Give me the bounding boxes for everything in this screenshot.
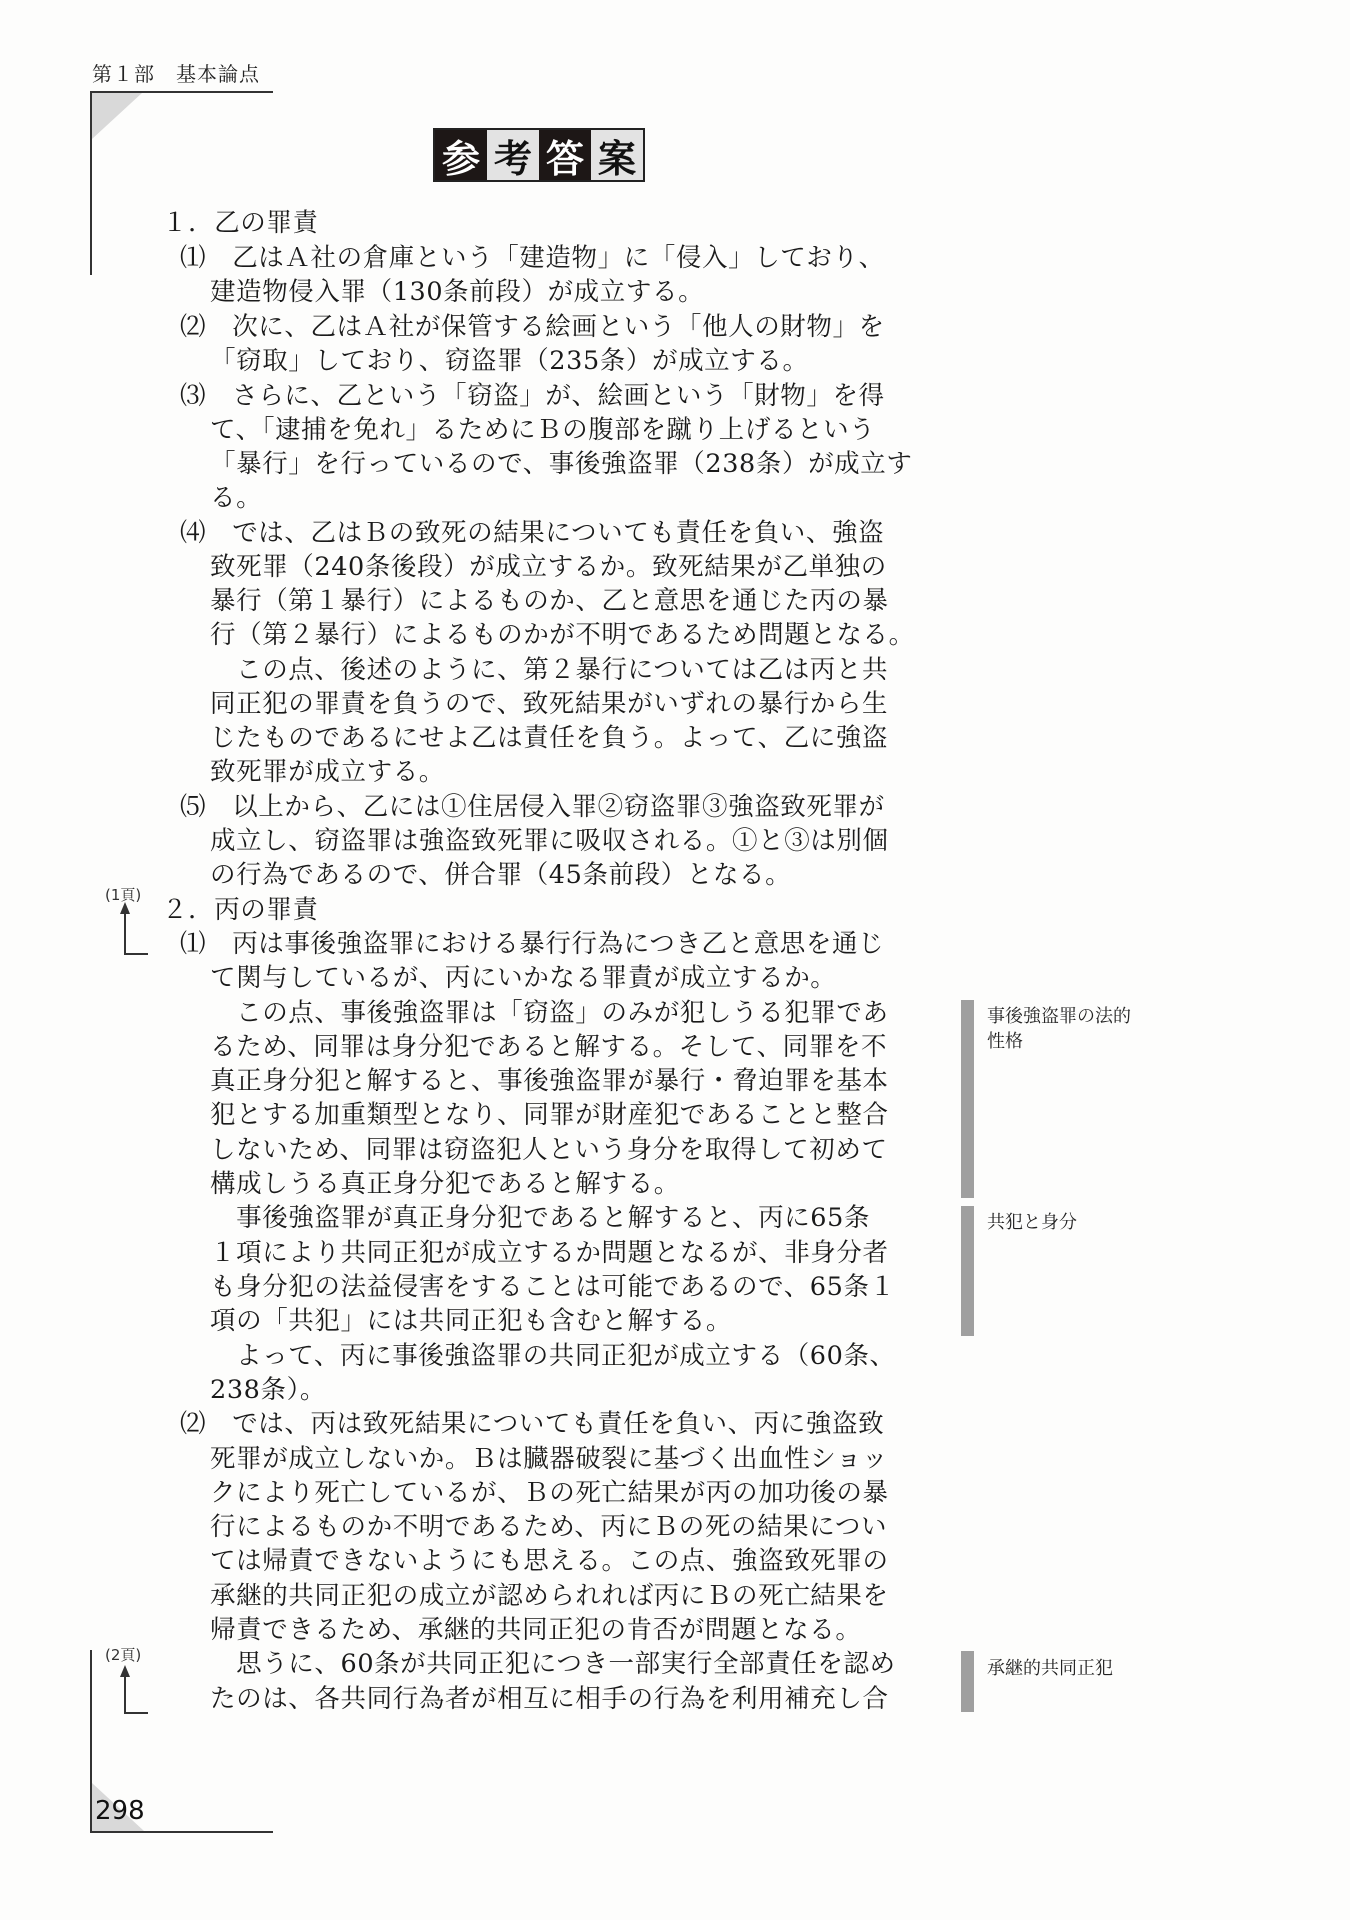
paragraph-line: １項により共同正犯が成立するか問題となるが、非身分者 bbox=[210, 1238, 889, 1268]
paragraph-line: 行によるものか不明であるため、丙にＢの死の結果につい bbox=[210, 1512, 887, 1542]
paragraph-line: 犯とする加重類型となり、同罪が財産犯であることと整合 bbox=[210, 1100, 889, 1130]
paragraph-line: 構成しうる真正身分犯であると解する。 bbox=[210, 1169, 680, 1199]
paragraph-line: の行為であるので、併合罪（45条前段）となる。 bbox=[210, 860, 791, 890]
paragraph-line: 同正犯の罪責を負うので、致死結果がいずれの暴行から生 bbox=[210, 689, 888, 719]
margin-note-3: 承継的共同正犯 bbox=[987, 1656, 1113, 1681]
page-ref-arrow-foot bbox=[124, 1712, 148, 1714]
page-ref-2: (2頁) bbox=[105, 1644, 141, 1665]
margin-note-bar bbox=[961, 1651, 974, 1712]
paragraph-line: も身分犯の法益侵害をすることは可能であるので、65条１ bbox=[210, 1272, 896, 1302]
page-title: 参 考 答 案 bbox=[433, 128, 645, 182]
margin-note-2: 共犯と身分 bbox=[987, 1210, 1077, 1235]
margin-note-line: 事後強盗罪の法的 bbox=[987, 1004, 1131, 1029]
paragraph-line: 成立し、窃盗罪は強盗致死罪に吸収される。①と③は別個 bbox=[210, 826, 889, 856]
paragraph-line: この点、事後強盗罪は「窃盗」のみが犯しうる犯罪であ bbox=[210, 998, 889, 1028]
paragraph-line: 行（第２暴行）によるものかが不明であるため問題となる。 bbox=[210, 620, 915, 650]
paragraph-line: 暴行（第１暴行）によるものか、乙と意思を通じた丙の暴 bbox=[210, 586, 889, 616]
title-char-1: 参 bbox=[435, 130, 487, 180]
page-ref-arrow-foot bbox=[124, 953, 148, 955]
paragraph-line: 思うに、60条が共同正犯につき一部実行全部責任を認め bbox=[210, 1649, 896, 1679]
paragraph-line: て、「逮捕を免れ」るためにＢの腹部を蹴り上げるという bbox=[210, 415, 875, 445]
paragraph-line: ⑶ さらに、乙という「窃盗」が、絵画という「財物」を得 bbox=[180, 381, 885, 411]
page-number: 298 bbox=[95, 1796, 145, 1826]
paragraph-line: て関与しているが、丙にいかなる罪責が成立するか。 bbox=[210, 963, 836, 993]
paragraph-line: 死罪が成立しないか。Ｂは臓器破裂に基づく出血性ショッ bbox=[210, 1444, 888, 1474]
running-head: 第１部 基本論点 bbox=[92, 58, 260, 87]
paragraph-line: 致死罪（240条後段）が成立するか。致死結果が乙単独の bbox=[210, 552, 887, 582]
paragraph-line: 致死罪が成立する。 bbox=[210, 757, 445, 787]
paragraph-line: よって、丙に事後強盗罪の共同正犯が成立する（60条、 bbox=[210, 1341, 896, 1371]
paragraph-line: ⑷ では、乙はＢの致死の結果についても責任を負い、強盗 bbox=[180, 518, 884, 548]
paragraph-line: たのは、各共同行為者が相互に相手の行為を利用補充し合 bbox=[210, 1684, 889, 1714]
margin-note-line: 共犯と身分 bbox=[987, 1210, 1077, 1235]
paragraph-line: 「暴行」を行っているので、事後強盗罪（238条）が成立す bbox=[210, 449, 912, 479]
paragraph-line: ては帰責できないようにも思える。この点、強盗致死罪の bbox=[210, 1546, 889, 1576]
paragraph-line: 「窃取」しており、窃盗罪（235条）が成立する。 bbox=[210, 346, 809, 376]
page-ref-arrow-line bbox=[124, 912, 126, 954]
paragraph-line: ⑴ 丙は事後強盗罪における暴行行為につき乙と意思を通じ bbox=[180, 929, 884, 959]
margin-note-bar bbox=[961, 1206, 974, 1336]
paragraph-line: ⑵ 次に、乙はＡ社が保管する絵画という「他人の財物」を bbox=[180, 312, 885, 342]
paragraph-line: 事後強盗罪が真正身分犯であると解すると、丙に65条 bbox=[210, 1203, 870, 1233]
margin-note-1: 事後強盗罪の法的 性格 bbox=[987, 1004, 1131, 1054]
paragraph-line: この点、後述のように、第２暴行については乙は丙と共 bbox=[210, 655, 888, 685]
section-heading: １．乙の罪責 bbox=[162, 208, 319, 238]
paragraph-line: る。 bbox=[210, 483, 262, 513]
paragraph-line: ⑵ では、丙は致死結果についても責任を負い、丙に強盗致 bbox=[180, 1409, 884, 1439]
paragraph-line: しないため、同罪は窃盗犯人という身分を取得して初めて bbox=[210, 1135, 888, 1165]
paragraph-line: じたものであるにせよ乙は責任を負う。よって、乙に強盗 bbox=[210, 723, 888, 753]
paragraph-line: 項の「共犯」には共同正犯も含むと解する。 bbox=[210, 1306, 732, 1336]
margin-note-line: 承継的共同正犯 bbox=[987, 1656, 1113, 1681]
title-char-4: 案 bbox=[591, 130, 643, 180]
title-char-2: 考 bbox=[487, 130, 539, 180]
title-char-3: 答 bbox=[539, 130, 591, 180]
page-ref-arrow-line bbox=[124, 1675, 126, 1713]
corner-top-triangle bbox=[92, 93, 142, 139]
paragraph-line: ⑴ 乙はＡ社の倉庫という「建造物」に「侵入」しており、 bbox=[180, 243, 885, 273]
paragraph-line: クにより死亡しているが、Ｂの死亡結果が丙の加功後の暴 bbox=[210, 1478, 889, 1508]
corner-bottom-rule bbox=[90, 1831, 273, 1833]
paragraph-line: ⑸ 以上から、乙には①住居侵入罪②窃盗罪③強盗致死罪が bbox=[180, 792, 885, 822]
paragraph-line: 238条）。 bbox=[210, 1375, 326, 1405]
margin-note-line: 性格 bbox=[987, 1029, 1131, 1054]
paragraph-line: 承継的共同正犯の成立が認められれば丙にＢの死亡結果を bbox=[210, 1581, 889, 1611]
section-heading: ２．丙の罪責 bbox=[162, 895, 319, 925]
paragraph-line: 真正身分犯と解すると、事後強盗罪が暴行・脅迫罪を基本 bbox=[210, 1066, 889, 1096]
paragraph-line: 帰責できるため、承継的共同正犯の肯否が問題となる。 bbox=[210, 1615, 861, 1645]
margin-note-bar bbox=[961, 1000, 974, 1198]
paragraph-line: るため、同罪は身分犯であると解する。そして、同罪を不 bbox=[210, 1032, 887, 1062]
paragraph-line: 建造物侵入罪（130条前段）が成立する。 bbox=[210, 277, 704, 307]
